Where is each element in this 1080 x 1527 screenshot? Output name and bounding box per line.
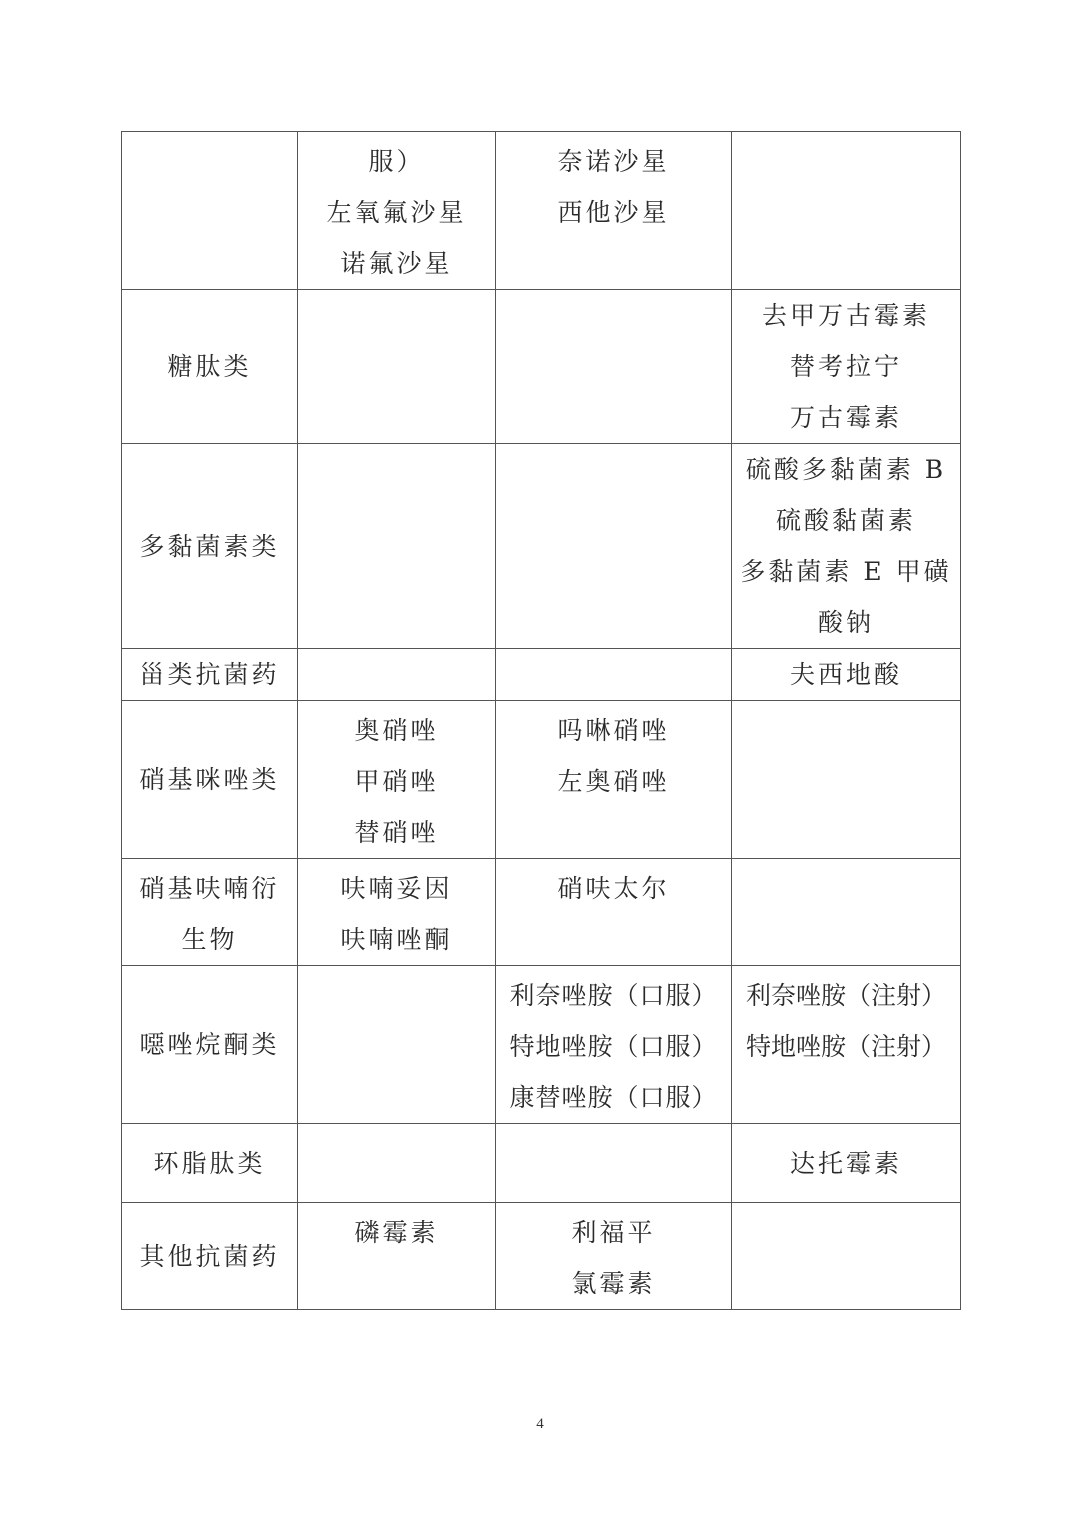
category-cell: 硝基呋喃衍 生物 [122, 859, 298, 966]
document-page: 服） 左氧氟沙星 诺氟沙星 奈诺沙星 西他沙星 糖肽类 去甲万古霉素 [0, 0, 1080, 1527]
category-name: 硝基咪唑类 [122, 754, 297, 805]
category-name: 硝基呋喃衍 [122, 863, 297, 914]
drug-cell-col4: 去甲万古霉素 替考拉宁 万古霉素 [732, 290, 961, 444]
table-row: 糖肽类 去甲万古霉素 替考拉宁 万古霉素 [122, 290, 961, 444]
drug-name: 硝呋太尔 [496, 863, 731, 914]
drug-name: 康替唑胺（口服） [496, 1072, 731, 1123]
drug-cell-col4: 利奈唑胺（注射） 特地唑胺（注射） [732, 966, 961, 1124]
drug-cell-col4: 硫酸多黏菌素 B 硫酸黏菌素 多黏菌素 E 甲磺 酸钠 [732, 444, 961, 649]
drug-cell-col3: 奈诺沙星 西他沙星 [496, 132, 732, 290]
table-row: 甾类抗菌药 夫西地酸 [122, 649, 961, 701]
category-name: 甾类抗菌药 [122, 649, 297, 700]
drug-name: 甲硝唑 [298, 756, 495, 807]
category-name: 环脂肽类 [122, 1138, 297, 1189]
table-row: 硝基呋喃衍 生物 呋喃妥因 呋喃唑酮 硝呋太尔 [122, 859, 961, 966]
drug-cell-col2: 磷霉素 [298, 1203, 496, 1310]
category-cell: 其他抗菌药 [122, 1203, 298, 1310]
drug-cell-col4 [732, 701, 961, 859]
drug-name: 利奈唑胺（注射） [732, 970, 960, 1021]
drug-name: 达托霉素 [732, 1138, 960, 1189]
drug-name: 替硝唑 [298, 807, 495, 858]
drug-name: 夫西地酸 [732, 649, 960, 700]
page-number: 4 [0, 1416, 1080, 1433]
drug-name: 替考拉宁 [732, 341, 960, 392]
drug-cell-col2 [298, 649, 496, 701]
table-row: 环脂肽类 达托霉素 [122, 1124, 961, 1203]
drug-name: 去甲万古霉素 [732, 290, 960, 341]
drug-cell-col3: 利奈唑胺（口服） 特地唑胺（口服） 康替唑胺（口服） [496, 966, 732, 1124]
category-cell: 环脂肽类 [122, 1124, 298, 1203]
drug-name: 利奈唑胺（口服） [496, 970, 731, 1021]
drug-name: 左奥硝唑 [496, 756, 731, 807]
drug-cell-col3 [496, 290, 732, 444]
category-cell: 糖肽类 [122, 290, 298, 444]
antibiotic-classification-table: 服） 左氧氟沙星 诺氟沙星 奈诺沙星 西他沙星 糖肽类 去甲万古霉素 [121, 131, 961, 1310]
category-cell: 甾类抗菌药 [122, 649, 298, 701]
category-name: 生物 [122, 914, 297, 965]
drug-cell-col2 [298, 290, 496, 444]
drug-name: 硫酸黏菌素 [732, 495, 960, 546]
drug-name: 利福平 [496, 1207, 731, 1258]
drug-name: 西他沙星 [496, 187, 731, 238]
drug-name: 磷霉素 [298, 1207, 495, 1258]
drug-name: 诺氟沙星 [298, 238, 495, 289]
drug-cell-col3 [496, 649, 732, 701]
category-cell: 噁唑烷酮类 [122, 966, 298, 1124]
drug-cell-col4: 达托霉素 [732, 1124, 961, 1203]
drug-name: 呋喃妥因 [298, 863, 495, 914]
drug-cell-col2: 服） 左氧氟沙星 诺氟沙星 [298, 132, 496, 290]
category-cell: 硝基咪唑类 [122, 701, 298, 859]
drug-name: 特地唑胺（注射） [732, 1021, 960, 1072]
drug-name: 呋喃唑酮 [298, 914, 495, 965]
drug-cell-col3 [496, 444, 732, 649]
drug-name: 服） [298, 136, 495, 187]
drug-name: 酸钠 [732, 597, 960, 648]
drug-name: 氯霉素 [496, 1258, 731, 1309]
category-name: 噁唑烷酮类 [122, 1019, 297, 1070]
drug-name: 万古霉素 [732, 392, 960, 443]
category-name: 多黏菌素类 [122, 521, 297, 572]
drug-cell-col4: 夫西地酸 [732, 649, 961, 701]
drug-name: 多黏菌素 E 甲磺 [732, 546, 960, 597]
category-cell [122, 132, 298, 290]
category-name: 糖肽类 [122, 341, 297, 392]
table-row: 服） 左氧氟沙星 诺氟沙星 奈诺沙星 西他沙星 [122, 132, 961, 290]
category-name: 其他抗菌药 [122, 1231, 297, 1282]
drug-cell-col4 [732, 132, 961, 290]
drug-cell-col2: 奥硝唑 甲硝唑 替硝唑 [298, 701, 496, 859]
drug-cell-col3: 利福平 氯霉素 [496, 1203, 732, 1310]
drug-name: 左氧氟沙星 [298, 187, 495, 238]
table-row: 其他抗菌药 磷霉素 利福平 氯霉素 [122, 1203, 961, 1310]
category-cell: 多黏菌素类 [122, 444, 298, 649]
drug-cell-col2 [298, 1124, 496, 1203]
table-row: 硝基咪唑类 奥硝唑 甲硝唑 替硝唑 吗啉硝唑 左奥硝唑 [122, 701, 961, 859]
drug-cell-col3 [496, 1124, 732, 1203]
drug-cell-col4 [732, 1203, 961, 1310]
drug-cell-col3: 吗啉硝唑 左奥硝唑 [496, 701, 732, 859]
drug-cell-col2: 呋喃妥因 呋喃唑酮 [298, 859, 496, 966]
drug-name: 奈诺沙星 [496, 136, 731, 187]
table-row: 噁唑烷酮类 利奈唑胺（口服） 特地唑胺（口服） 康替唑胺（口服） 利奈唑胺（注射… [122, 966, 961, 1124]
drug-cell-col2 [298, 966, 496, 1124]
drug-name: 特地唑胺（口服） [496, 1021, 731, 1072]
drug-name: 吗啉硝唑 [496, 705, 731, 756]
drug-cell-col2 [298, 444, 496, 649]
drug-cell-col3: 硝呋太尔 [496, 859, 732, 966]
drug-name: 奥硝唑 [298, 705, 495, 756]
drug-name: 硫酸多黏菌素 B [732, 444, 960, 495]
table-row: 多黏菌素类 硫酸多黏菌素 B 硫酸黏菌素 多黏菌素 E 甲磺 酸钠 [122, 444, 961, 649]
drug-cell-col4 [732, 859, 961, 966]
